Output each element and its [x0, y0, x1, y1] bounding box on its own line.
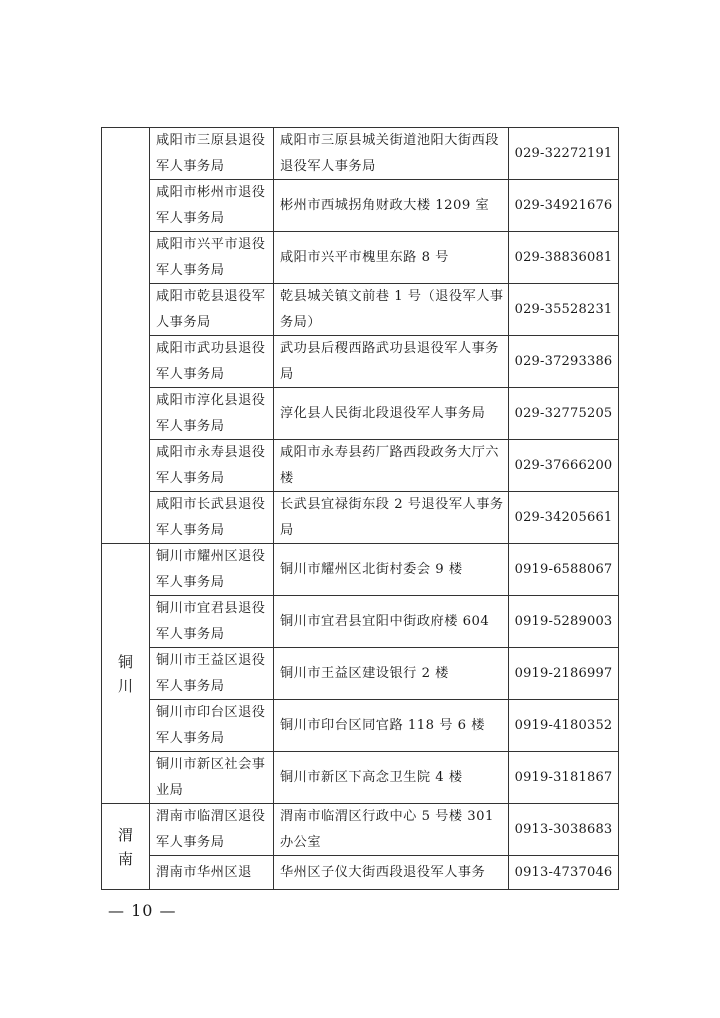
address-cell: 华州区子仪大街西段退役军人事务	[274, 856, 509, 890]
phone-cell: 029-38836081	[509, 232, 619, 284]
phone-cell: 029-37293386	[509, 336, 619, 388]
org-cell: 渭南市临渭区退役军人事务局	[150, 804, 274, 856]
phone-cell: 0919-6588067	[509, 544, 619, 596]
address-cell: 铜川市印台区同官路 118 号 6 楼	[274, 700, 509, 752]
address-cell: 铜川市耀州区北街村委会 9 楼	[274, 544, 509, 596]
region-char: 渭	[102, 823, 149, 847]
region-cell-tongchuan: 铜 川	[102, 544, 150, 804]
address-cell: 铜川市新区下高念卫生院 4 楼	[274, 752, 509, 804]
phone-cell: 029-32272191	[509, 128, 619, 180]
org-cell: 咸阳市淳化县退役军人事务局	[150, 388, 274, 440]
phone-cell: 0919-5289003	[509, 596, 619, 648]
org-cell: 渭南市华州区退	[150, 856, 274, 890]
table-row: 铜 川 铜川市耀州区退役军人事务局 铜川市耀州区北街村委会 9 楼 0919-6…	[102, 544, 619, 596]
region-char: 川	[102, 674, 149, 698]
region-char: 铜	[102, 650, 149, 674]
phone-cell: 0919-4180352	[509, 700, 619, 752]
org-cell: 铜川市耀州区退役军人事务局	[150, 544, 274, 596]
address-cell: 武功县后稷西路武功县退役军人事务局	[274, 336, 509, 388]
table-row: 咸阳市兴平市退役军人事务局 咸阳市兴平市槐里东路 8 号 029-3883608…	[102, 232, 619, 284]
table-row: 渭 南 渭南市临渭区退役军人事务局 渭南市临渭区行政中心 5 号楼 301 办公…	[102, 804, 619, 856]
table-row: 咸阳市长武县退役军人事务局 长武县宜禄街东段 2 号退役军人事务局 029-34…	[102, 492, 619, 544]
table-row: 咸阳市乾县退役军人事务局 乾县城关镇文前巷 1 号（退役军人事务局） 029-3…	[102, 284, 619, 336]
org-cell: 咸阳市彬州市退役军人事务局	[150, 180, 274, 232]
org-cell: 咸阳市乾县退役军人事务局	[150, 284, 274, 336]
table-row: 咸阳市淳化县退役军人事务局 淳化县人民街北段退役军人事务局 029-327752…	[102, 388, 619, 440]
table-row: 铜川市王益区退役军人事务局 铜川市王益区建设银行 2 楼 0919-218699…	[102, 648, 619, 700]
address-cell: 咸阳市永寿县药厂路西段政务大厅六楼	[274, 440, 509, 492]
org-cell: 铜川市印台区退役军人事务局	[150, 700, 274, 752]
table-row: 咸阳市永寿县退役军人事务局 咸阳市永寿县药厂路西段政务大厅六楼 029-3766…	[102, 440, 619, 492]
table-row: 渭南市华州区退 华州区子仪大街西段退役军人事务 0913-4737046	[102, 856, 619, 890]
org-cell: 铜川市王益区退役军人事务局	[150, 648, 274, 700]
address-cell: 乾县城关镇文前巷 1 号（退役军人事务局）	[274, 284, 509, 336]
table-row: 咸阳市彬州市退役军人事务局 彬州市西城拐角财政大楼 1209 室 029-349…	[102, 180, 619, 232]
page-number: — 10 —	[108, 901, 177, 920]
org-cell: 咸阳市武功县退役军人事务局	[150, 336, 274, 388]
region-cell-weinan: 渭 南	[102, 804, 150, 890]
phone-cell: 0913-4737046	[509, 856, 619, 890]
org-cell: 咸阳市长武县退役军人事务局	[150, 492, 274, 544]
address-cell: 咸阳市三原县城关街道池阳大街西段退役军人事务局	[274, 128, 509, 180]
org-cell: 咸阳市兴平市退役军人事务局	[150, 232, 274, 284]
address-cell: 铜川市王益区建设银行 2 楼	[274, 648, 509, 700]
org-cell: 铜川市新区社会事业局	[150, 752, 274, 804]
phone-cell: 029-37666200	[509, 440, 619, 492]
address-cell: 铜川市宜君县宜阳中街政府楼 604	[274, 596, 509, 648]
phone-cell: 029-32775205	[509, 388, 619, 440]
phone-cell: 0913-3038683	[509, 804, 619, 856]
phone-cell: 0919-3181867	[509, 752, 619, 804]
address-cell: 渭南市临渭区行政中心 5 号楼 301 办公室	[274, 804, 509, 856]
table-row: 咸阳市武功县退役军人事务局 武功县后稷西路武功县退役军人事务局 029-3729…	[102, 336, 619, 388]
table-row: 铜川市印台区退役军人事务局 铜川市印台区同官路 118 号 6 楼 0919-4…	[102, 700, 619, 752]
address-cell: 咸阳市兴平市槐里东路 8 号	[274, 232, 509, 284]
org-cell: 咸阳市三原县退役军人事务局	[150, 128, 274, 180]
org-cell: 咸阳市永寿县退役军人事务局	[150, 440, 274, 492]
phone-cell: 0919-2186997	[509, 648, 619, 700]
org-cell: 铜川市宜君县退役军人事务局	[150, 596, 274, 648]
region-cell-xianyang	[102, 128, 150, 544]
document-page: 咸阳市三原县退役军人事务局 咸阳市三原县城关街道池阳大街西段退役军人事务局 02…	[0, 0, 720, 1018]
address-cell: 彬州市西城拐角财政大楼 1209 室	[274, 180, 509, 232]
phone-cell: 029-34921676	[509, 180, 619, 232]
phone-cell: 029-34205661	[509, 492, 619, 544]
address-cell: 淳化县人民街北段退役军人事务局	[274, 388, 509, 440]
address-cell: 长武县宜禄街东段 2 号退役军人事务局	[274, 492, 509, 544]
table-row: 铜川市新区社会事业局 铜川市新区下高念卫生院 4 楼 0919-3181867	[102, 752, 619, 804]
phone-cell: 029-35528231	[509, 284, 619, 336]
contacts-table: 咸阳市三原县退役军人事务局 咸阳市三原县城关街道池阳大街西段退役军人事务局 02…	[101, 127, 619, 890]
table-row: 铜川市宜君县退役军人事务局 铜川市宜君县宜阳中街政府楼 604 0919-528…	[102, 596, 619, 648]
table-row: 咸阳市三原县退役军人事务局 咸阳市三原县城关街道池阳大街西段退役军人事务局 02…	[102, 128, 619, 180]
region-char: 南	[102, 847, 149, 871]
